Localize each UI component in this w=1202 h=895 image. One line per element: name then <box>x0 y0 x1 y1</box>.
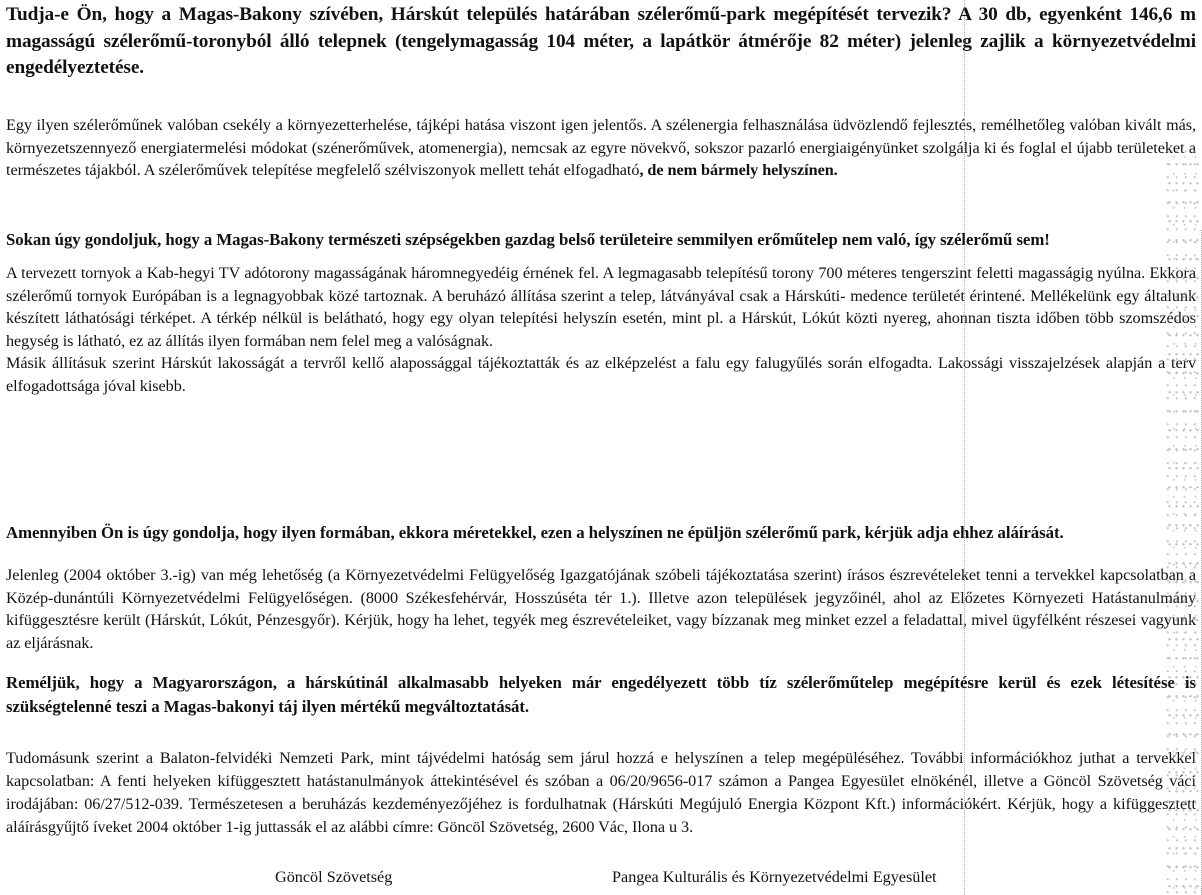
call-to-action-signature: Amennyiben Ön is úgy gondolja, hogy ilye… <box>6 522 1196 545</box>
paragraph-tower-details-second: Másik állításuk szerint Hárskút lakosság… <box>6 352 1196 397</box>
paragraph-wind-energy: Egy ilyen szélerőműnek valóban csekély a… <box>6 114 1196 182</box>
paragraph-opinion: Sokan úgy gondoljuk, hogy a Magas-Bakony… <box>6 229 1196 252</box>
scan-noise-edge <box>1166 150 1202 895</box>
signature-goncol: Göncöl Szövetség <box>275 868 392 887</box>
paragraph-contact-info: Tudomásunk szerint a Balaton-felvidéki N… <box>6 747 1196 839</box>
signature-pangea: Pangea Kulturális és Környezetvédelmi Eg… <box>612 868 937 887</box>
paragraph-wind-energy-emphasis: , de nem bármely helyszínen. <box>639 161 837 179</box>
paragraph-tower-details-main: A tervezett tornyok a Kab-hegyi TV adóto… <box>6 262 1196 352</box>
paragraph-wind-energy-text: Egy ilyen szélerőműnek valóban csekély a… <box>6 116 1196 179</box>
scanned-petition-page: Tudja-e Ön, hogy a Magas-Bakony szívében… <box>0 0 1202 895</box>
paragraph-tower-details: A tervezett tornyok a Kab-hegyi TV adóto… <box>6 262 1196 398</box>
paragraph-deadline-info: Jelenleg (2004 október 3.-ig) van még le… <box>6 564 1196 654</box>
scan-fold-line <box>964 0 965 895</box>
paragraph-hope: Reméljük, hogy a Magyarországon, a hársk… <box>6 671 1196 719</box>
intro-heading: Tudja-e Ön, hogy a Magas-Bakony szívében… <box>6 2 1196 82</box>
